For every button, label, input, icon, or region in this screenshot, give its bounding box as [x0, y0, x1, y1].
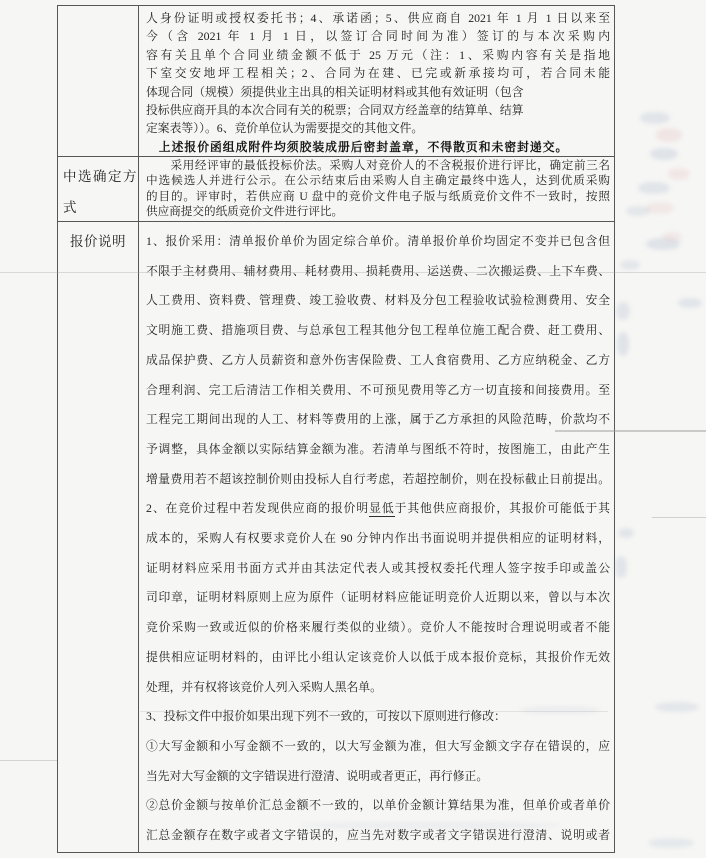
- text-line: 容有关且单个合同业绩金额不低于 25 万元（注：1、采购内容有关是指地: [146, 46, 610, 64]
- ink-bleedthrough-mark: [620, 260, 640, 270]
- cell-quotation-notes: 1、报价采用：清单报价单价为固定综合单价。清单报价单价均固定不变并已包含但不限于…: [146, 227, 610, 851]
- ink-bleedthrough-mark: [615, 556, 627, 578]
- text-line: 人工费用、资料费、管理费、竣工验收费、材料及分包工程验收试验检测费用、安全: [146, 286, 610, 316]
- text-line: 定案表等））。6、竞价单位认为需要提交的其他文件。: [146, 119, 610, 137]
- ink-bleedthrough-mark: [650, 148, 678, 160]
- ink-bleedthrough-mark: [648, 838, 694, 848]
- text-segment: 2、在竞价过程中若发现供应商的报价明: [146, 501, 369, 515]
- text-line: 中选候选人并进行公示。在公示结束后由采购人自主确定最终中选人，达到优质采购: [146, 173, 610, 188]
- stamp-bleedthrough-mark: [646, 202, 674, 214]
- scan-artifact-line: [652, 517, 706, 518]
- text-segment: 于其他供应商报价，其报价可能低于其: [395, 501, 610, 515]
- text-line: 下室交安地坪工程相关；2、合同为在建、已完或新承接均可，若合同未能: [146, 64, 610, 82]
- text-line: 3、投标文件中报价如果出现下列不一致的，可按以下原则进行修改：: [146, 702, 610, 732]
- text-line: 的目的。评审时，若供应商 U 盘中的竞价文件电子版与纸质竞价文件不一致时，按照: [146, 189, 610, 204]
- ink-bleedthrough-mark: [638, 182, 670, 194]
- ink-bleedthrough-mark: [655, 702, 699, 712]
- text-line: 上述报价函组成附件均须胶装成册后密封盖章，不得散页和未密封递交。: [146, 138, 610, 156]
- text-line: 体现合同（规模）须提供业主出具的相关证明材料或其他有效证明（包含: [146, 83, 610, 101]
- text-line: 投标供应商开具的本次合同有关的税票；合同双方经盖章的结算单、结算: [146, 101, 610, 119]
- text-line: 处理，并有权将该竞价人列入采购人黑名单。: [146, 673, 610, 703]
- stamp-bleedthrough-mark: [668, 168, 690, 180]
- text-line: 予调整，具体金额以实际结算金额为准。若清单与图纸不符时，按图施工，由此产生: [146, 435, 610, 465]
- stamp-bleedthrough-mark: [662, 232, 682, 242]
- ink-bleedthrough-mark: [646, 238, 680, 250]
- text-line: 合理利润、完工后清洁工作相关费用、不可预见费用等乙方一切直接和间接费用。至: [146, 376, 610, 406]
- ink-bleedthrough-mark: [618, 528, 634, 538]
- label-column-divider: [138, 6, 139, 852]
- bid-document-table: 中选确定方式 报价说明 人身份证明或授权委托书；4、承诺函；5、供应商自 202…: [57, 5, 615, 853]
- text-line: 人身份证明或授权委托书；4、承诺函；5、供应商自 2021 年 1 月 1 日以…: [146, 9, 610, 27]
- text-line: 汇总金额存在数字或者文字错误的，应当先对数字或者文字错误进行澄清、说明或者: [146, 821, 610, 851]
- scan-artifact-line: [0, 760, 57, 761]
- row-label-quotation-notes: 报价说明: [58, 230, 138, 250]
- text-line: 工程完工期间出现的人工、材料等费用的上涨，属于乙方承担的风险范畴，价款均不: [146, 405, 610, 435]
- text-line: 增量费用若不超该控制价则由投标人自行考虑，若超控制价，则在投标截止日前提出。: [146, 465, 610, 495]
- ink-bleedthrough-mark: [616, 302, 630, 320]
- ink-bleedthrough-mark: [640, 112, 670, 124]
- row-divider-2: [58, 221, 614, 222]
- text-line: 不限于主材费用、辅材费用、耗材费用、损耗费用、运送费、二次搬运费、上下车费、: [146, 257, 610, 287]
- text-line: 提供相应证明材料的，由评比小组认定该竞价人以低于成本报价竞标，其报价作无效: [146, 643, 610, 673]
- text-line: 竞价采购一致或近似的价格来履行类似的业绩）。竞价人不能按时合理说明或者不能: [146, 613, 610, 643]
- text-line: 司印章，证明材料原则上应为原件（证明材料应能证明竞价人近期以来，曾以与本次: [146, 583, 610, 613]
- text-line: 成本的，采购人有权要求竞价人在 90 分钟内作出书面说明并提供相应的证明材料，: [146, 524, 610, 554]
- cell-selection-method: 采用经评审的最低投标价法。采购人对竞价人的不含税报价进行评比，确定前三名中选候选…: [146, 158, 610, 219]
- text-line: 供应商提交的纸质竞价文件进行评比。: [146, 204, 610, 219]
- text-line: 文明施工费、措施项目费、与总承包工程其他分包工程单位施工配合费、赶工费用、: [146, 316, 610, 346]
- text-line: 证明材料应采用书面方式并由其法定代表人或其授权委托代理人签字按手印或盖公: [146, 554, 610, 584]
- text-line: 今（含 2021 年 1 月 1 日，以签订合同时间为准）签订的与本次采购内: [146, 27, 610, 45]
- row-label-selection-method: 中选确定方式: [63, 161, 137, 223]
- text-line: ②总价金额与按单价汇总金额不一致的，以单价金额计算结果为准，但单价或者单价: [146, 791, 610, 821]
- text-line: 2、在竞价过程中若发现供应商的报价明显低于其他供应商报价，其报价可能低于其: [146, 494, 610, 524]
- document-page: 中选确定方式 报价说明 人身份证明或授权委托书；4、承诺函；5、供应商自 202…: [0, 0, 706, 858]
- text-line: 成品保护费、乙方人员薪资和意外伤害保险费、工人食宿费用、乙方应纳税金、乙方: [146, 346, 610, 376]
- underlined-text: 显低: [369, 501, 394, 517]
- ink-bleedthrough-mark: [617, 332, 629, 356]
- text-line: 采用经评审的最低投标价法。采购人对竞价人的不含税报价进行评比，确定前三名: [146, 158, 610, 173]
- cell-attachments-requirements: 人身份证明或授权委托书；4、承诺函；5、供应商自 2021 年 1 月 1 日以…: [146, 9, 610, 156]
- text-line: 当先对大写金额的文字错误进行澄清、说明或者更正，再行修正。: [146, 762, 610, 792]
- ink-bleedthrough-mark: [626, 206, 650, 216]
- ink-bleedthrough-mark: [678, 298, 702, 308]
- stamp-bleedthrough-mark: [656, 128, 682, 142]
- text-line: 1、报价采用：清单报价单价为固定综合单价。清单报价单价均固定不变并已包含但: [146, 227, 610, 257]
- text-line: ①大写金额和小写金额不一致的，以大写金额为准，但大写金额文字存在错误的，应: [146, 732, 610, 762]
